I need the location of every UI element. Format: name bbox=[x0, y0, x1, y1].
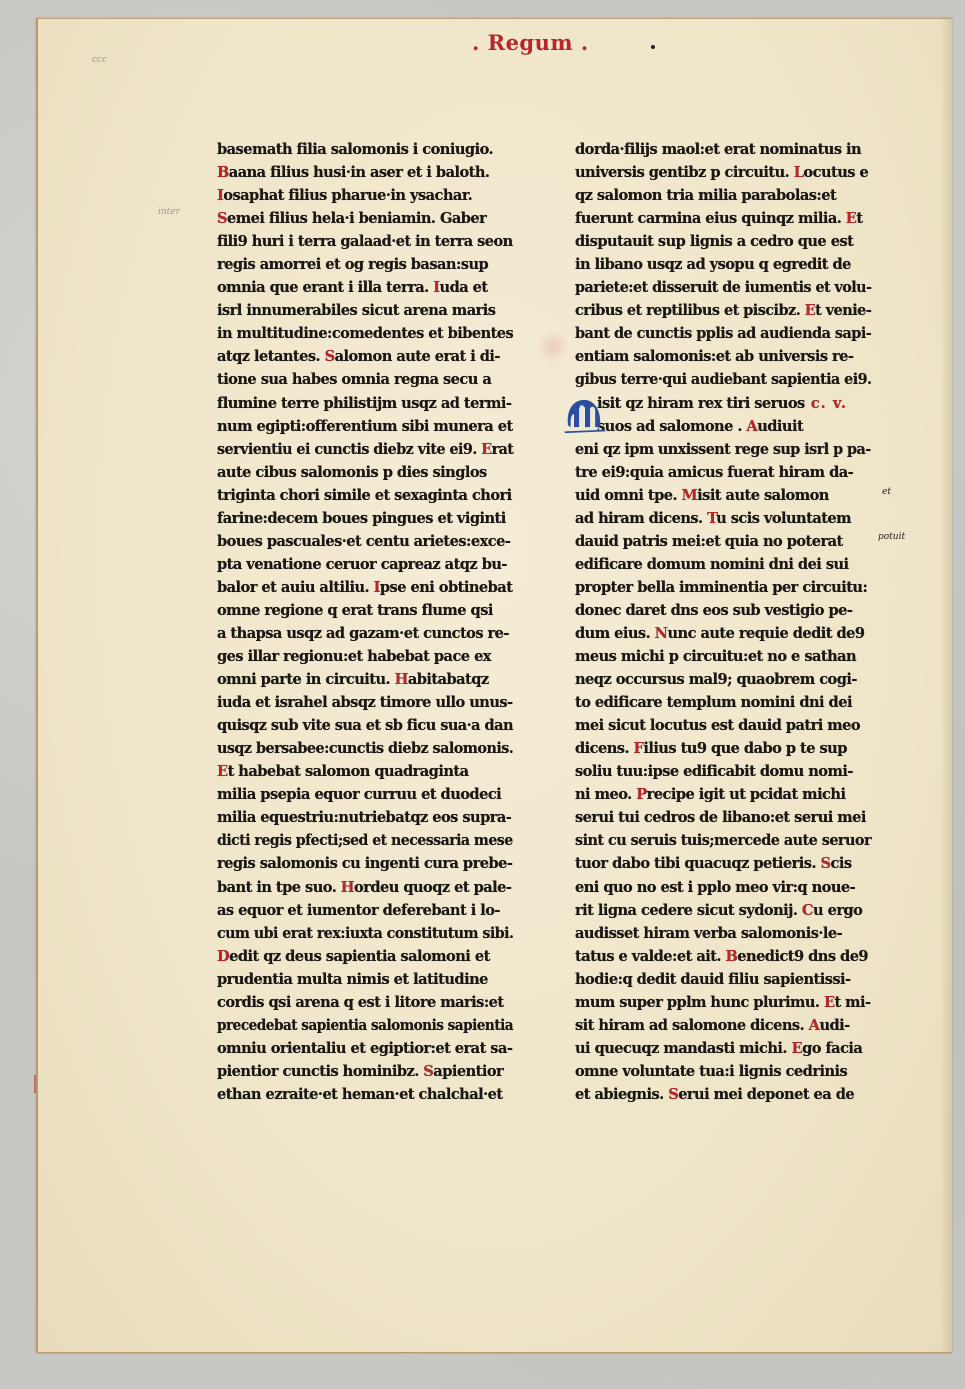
text-line: et abiegnis. Serui mei deponet ea de bbox=[575, 1083, 871, 1106]
text-line: rit ligna cedere sicut sydonij. Cu ergo bbox=[575, 899, 871, 922]
text-line: balor et auiu altiliu. Ipse eni obtineba… bbox=[217, 576, 513, 599]
text-line: tuor dabo tibi quacuqz petieris. Scis bbox=[575, 852, 871, 875]
line-text: isit qz hiram rex tiri seruos bbox=[597, 395, 805, 412]
line-text-pre: omni parte in circuitu. bbox=[217, 671, 395, 688]
line-text-pre: fuerunt carmina eius quinqz milia. bbox=[575, 210, 846, 227]
line-text: apientior bbox=[433, 1063, 503, 1080]
text-line: servientiu ei cunctis diebz vite ei9. Er… bbox=[217, 438, 507, 461]
text-line: basemath filia salomonis i coniugio. bbox=[217, 138, 513, 161]
text-line: omni parte in circuitu. Habitabatqz bbox=[217, 668, 513, 691]
line-text: cum ubi erat rex:iuxta constitutum sibi. bbox=[217, 925, 513, 942]
line-text-pre: dicens. bbox=[575, 740, 634, 757]
line-text: bant de cunctis pplis ad audienda sapi- bbox=[575, 325, 871, 342]
margin-note-left: inter bbox=[158, 207, 180, 217]
line-text: as equor et iumentor deferebant i lo- bbox=[217, 902, 500, 919]
text-line: in libano usqz ad ysopu q egredit de bbox=[575, 253, 871, 276]
line-text: in multitudine:comedentes et bibentes bbox=[217, 325, 513, 342]
line-text: enedict9 dns de9 bbox=[737, 948, 868, 965]
text-line: cum ubi erat rex:iuxta constitutum sibi. bbox=[217, 922, 505, 945]
line-text: go facia bbox=[802, 1040, 862, 1057]
text-line: num egipti:offerentium sibi munera et bbox=[217, 415, 513, 438]
line-text: qz salomon tria milia parabolas:et bbox=[575, 187, 836, 204]
line-text-pre: pientior cunctis hominibz. bbox=[217, 1063, 423, 1080]
text-line: entiam salomonis:et ab universis re- bbox=[575, 345, 871, 368]
text-line: farine:decem boues pingues et viginti bbox=[217, 507, 513, 530]
text-line: ui quecuqz mandasti michi. Ego facia bbox=[575, 1037, 871, 1060]
text-line: pariete:et disseruit de iumentis et volu… bbox=[575, 276, 865, 299]
text-line: propter bella imminentia per circuitu: bbox=[575, 576, 871, 599]
line-text: regis salomonis cu ingenti cura prebe- bbox=[217, 855, 512, 872]
line-text: dorda·filijs maol:et erat nominatus in bbox=[575, 141, 861, 158]
line-text: aana filius husi·in aser et i baloth. bbox=[229, 164, 490, 181]
rubricated-capital: E bbox=[217, 763, 228, 780]
text-line: Iosaphat filius pharue·in ysachar. bbox=[217, 184, 513, 207]
line-text: tre ei9:quia amicus fuerat hiram da- bbox=[575, 464, 853, 481]
line-text: aute cibus salomonis p dies singlos bbox=[217, 464, 487, 481]
line-text: neqz occursus mal9; quaobrem cogi- bbox=[575, 671, 857, 688]
line-text: isit aute salomon bbox=[697, 487, 829, 504]
text-line: edificare domum nomini dni dei sui bbox=[575, 553, 871, 576]
text-line: mei sicut locutus est dauid patri meo bbox=[575, 714, 871, 737]
line-text: sint cu seruis tuis;mercede aute seruor bbox=[575, 832, 871, 849]
line-text: audisset hiram verba salomonis·le- bbox=[575, 925, 842, 942]
line-text-pre: atqz letantes. bbox=[217, 348, 325, 365]
line-text: donec daret dns eos sub vestigio pe- bbox=[575, 602, 852, 619]
text-line: omniu orientaliu et egiptior:et erat sa- bbox=[217, 1037, 513, 1060]
text-line: milia psepia equor curruu et duodeci bbox=[217, 783, 513, 806]
line-text-pre: ad hiram dicens. bbox=[575, 510, 707, 527]
line-text: regis amorrei et og regis basan:sup bbox=[217, 256, 488, 273]
text-line: donec daret dns eos sub vestigio pe- bbox=[575, 599, 871, 622]
line-text: milia equestriu:nutriebatqz eos supra- bbox=[217, 809, 511, 826]
line-text: edificare domum nomini dni dei sui bbox=[575, 556, 849, 573]
rubricated-capital: S bbox=[423, 1063, 433, 1080]
line-text: t bbox=[856, 210, 862, 227]
rubricated-capital: F bbox=[634, 740, 644, 757]
text-line: meus michi p circuitu:et no e sathan bbox=[575, 645, 871, 668]
text-line: precedebat sapientia salomonis sapientia bbox=[217, 1014, 493, 1037]
text-line: suos ad salomone . Audiuit bbox=[575, 415, 871, 438]
line-text: isrl innumerabiles sicut arena maris bbox=[217, 302, 495, 319]
text-line: dicens. Filius tu9 que dabo p te sup bbox=[575, 737, 871, 760]
line-text: triginta chori simile et sexaginta chori bbox=[217, 487, 512, 504]
line-text-pre: balor et auiu altiliu. bbox=[217, 579, 374, 596]
line-text: tione sua habes omnia regna secu a bbox=[217, 371, 491, 388]
text-line: prudentia multa nimis et latitudine bbox=[217, 968, 513, 991]
margin-note-right-2: potuit bbox=[878, 532, 905, 542]
line-text-pre: bant in tpe suo. bbox=[217, 879, 341, 896]
rubricated-capital: E bbox=[805, 302, 815, 319]
page-edge-shadow bbox=[940, 19, 952, 1352]
line-text: udiuit bbox=[757, 418, 803, 435]
text-line: isit qz hiram rex tiri seruos c. v. bbox=[575, 392, 871, 415]
text-line: dorda·filijs maol:et erat nominatus in bbox=[575, 138, 871, 161]
line-text-pre: uid omni tpe. bbox=[575, 487, 682, 504]
text-line: serui tui cedros de libano:et serui mei bbox=[575, 806, 871, 829]
text-line: sint cu seruis tuis;mercede aute seruor bbox=[575, 829, 867, 852]
line-text: abitabatqz bbox=[408, 671, 489, 688]
text-line: mum super pplm hunc plurimu. Et mi- bbox=[575, 991, 870, 1014]
rubricated-capital: B bbox=[217, 164, 229, 181]
rubricated-capital: A bbox=[809, 1017, 820, 1034]
line-text: alomon aute erat i di- bbox=[335, 348, 500, 365]
line-text: omne regione q erat trans flume qsi bbox=[217, 602, 493, 619]
line-text: dauid patris mei:et quia no poterat bbox=[575, 533, 843, 550]
text-line: universis gentibz p circuitu. Locutus e bbox=[575, 161, 871, 184]
line-text: erui mei deponet ea de bbox=[678, 1086, 854, 1103]
rubricated-capital: E bbox=[846, 210, 857, 227]
text-line: cordis qsi arena q est i litore maris:et bbox=[217, 991, 513, 1014]
line-text: ocutus e bbox=[803, 164, 868, 181]
line-text: uda et bbox=[440, 279, 488, 296]
rubricated-capital: N bbox=[655, 625, 668, 642]
rubricated-capital: C bbox=[802, 902, 813, 919]
rubricated-capital: H bbox=[341, 879, 354, 896]
text-line: usqz bersabee:cunctis diebz salomonis. bbox=[217, 737, 508, 760]
line-text: meus michi p circuitu:et no e sathan bbox=[575, 648, 856, 665]
line-text: cordis qsi arena q est i litore maris:et bbox=[217, 994, 504, 1011]
text-line: neqz occursus mal9; quaobrem cogi- bbox=[575, 668, 871, 691]
line-text: fili9 huri i terra galaad·et in terra se… bbox=[217, 233, 513, 250]
rubricated-capital: E bbox=[824, 994, 835, 1011]
line-text: to edificare templum nomini dni dei bbox=[575, 694, 852, 711]
line-text: quisqz sub vite sua et sb ficu sua·a dan bbox=[217, 717, 513, 734]
text-line: omne voluntate tua:i lignis cedrinis bbox=[575, 1060, 871, 1083]
text-line: atqz letantes. Salomon aute erat i di- bbox=[217, 345, 513, 368]
chapter-marker: c. v. bbox=[805, 395, 847, 412]
line-text: emei filius hela·i beniamin. Gaber bbox=[227, 210, 486, 227]
text-line: Et habebat salomon quadraginta bbox=[217, 760, 513, 783]
line-text: flumine terre philistijm usqz ad termi- bbox=[217, 395, 511, 412]
ink-dot bbox=[651, 45, 655, 49]
line-text-pre: universis gentibz p circuitu. bbox=[575, 164, 794, 181]
text-line: hodie:q dedit dauid filiu sapientissi- bbox=[575, 968, 871, 991]
rubricated-capital: L bbox=[794, 164, 804, 181]
line-text: precedebat sapientia salomonis sapientia bbox=[217, 1017, 513, 1034]
text-line: Dedit qz deus sapientia salomoni et bbox=[217, 945, 513, 968]
text-line: eni quo no est i pplo meo vir:q noue- bbox=[575, 876, 871, 899]
text-line: qz salomon tria milia parabolas:et bbox=[575, 184, 871, 207]
line-text: pse eni obtinebat bbox=[380, 579, 512, 596]
text-line: fuerunt carmina eius quinqz milia. Et bbox=[575, 207, 871, 230]
line-text: propter bella imminentia per circuitu: bbox=[575, 579, 867, 596]
text-line: gibus terre·qui audiebant sapientia ei9. bbox=[575, 368, 865, 391]
line-text: unc aute requie dedit de9 bbox=[667, 625, 864, 642]
text-line: eni qz ipm unxissent rege sup isrl p pa- bbox=[575, 438, 866, 461]
margin-note-right-1: et bbox=[882, 487, 891, 497]
line-text: udi- bbox=[819, 1017, 849, 1034]
line-text: ethan ezraite·et heman·et chalchal·et bbox=[217, 1086, 503, 1103]
text-line: dauid patris mei:et quia no poterat bbox=[575, 530, 871, 553]
line-text: eni qz ipm unxissent rege sup isrl p pa- bbox=[575, 441, 871, 458]
text-line: isrl innumerabiles sicut arena maris bbox=[217, 299, 513, 322]
rubricated-capital: P bbox=[636, 786, 646, 803]
text-line: boues pascuales·et centu arietes:exce- bbox=[217, 530, 513, 553]
line-text: dicti regis pfecti;sed et necessaria mes… bbox=[217, 832, 513, 849]
line-text: pariete:et disseruit de iumentis et volu… bbox=[575, 279, 871, 296]
line-text-pre: sit hiram ad salomone dicens. bbox=[575, 1017, 809, 1034]
line-text: gibus terre·qui audiebant sapientia ei9. bbox=[575, 371, 871, 388]
text-line: a thapsa usqz ad gazam·et cunctos re- bbox=[217, 622, 513, 645]
line-text: in libano usqz ad ysopu q egredit de bbox=[575, 256, 851, 273]
line-text: cis bbox=[831, 855, 852, 872]
rubricated-capital: M bbox=[682, 487, 698, 504]
text-line: ethan ezraite·et heman·et chalchal·et bbox=[217, 1083, 513, 1106]
line-text: u ergo bbox=[813, 902, 862, 919]
line-text: osaphat filius pharue·in ysachar. bbox=[223, 187, 472, 204]
text-line: flumine terre philistijm usqz ad termi- bbox=[217, 392, 513, 415]
line-text-pre: tatus e valde:et ait. bbox=[575, 948, 725, 965]
line-text: t mi- bbox=[834, 994, 870, 1011]
line-text: boues pascuales·et centu arietes:exce- bbox=[217, 533, 510, 550]
text-line: as equor et iumentor deferebant i lo- bbox=[217, 899, 513, 922]
text-line: fili9 huri i terra galaad·et in terra se… bbox=[217, 230, 512, 253]
line-text: ges illar regionu:et habebat pace ex bbox=[217, 648, 491, 665]
line-text: pta venatione ceruor capreaz atqz bu- bbox=[217, 556, 507, 573]
text-line: to edificare templum nomini dni dei bbox=[575, 691, 871, 714]
text-line: dicti regis pfecti;sed et necessaria mes… bbox=[217, 829, 503, 852]
line-text-pre: servientiu ei cunctis diebz vite ei9. bbox=[217, 441, 481, 458]
stain bbox=[538, 329, 568, 365]
line-text: rat bbox=[492, 441, 514, 458]
line-text-pre: ni meo. bbox=[575, 786, 636, 803]
line-text-pre: dum eius. bbox=[575, 625, 655, 642]
text-line: aute cibus salomonis p dies singlos bbox=[217, 461, 513, 484]
text-line: bant in tpe suo. Hordeu quoqz et pale- bbox=[217, 876, 513, 899]
line-text: t habebat salomon quadraginta bbox=[228, 763, 469, 780]
line-text: u scis voluntatem bbox=[716, 510, 851, 527]
line-text: soliu tuu:ipse edificabit domu nomi- bbox=[575, 763, 853, 780]
text-line: regis amorrei et og regis basan:sup bbox=[217, 253, 513, 276]
text-line: omne regione q erat trans flume qsi bbox=[217, 599, 513, 622]
text-line: dum eius. Nunc aute requie dedit de9 bbox=[575, 622, 871, 645]
line-text: hodie:q dedit dauid filiu sapientissi- bbox=[575, 971, 851, 988]
rubricated-capital: S bbox=[821, 855, 831, 872]
line-text-pre: ui quecuqz mandasti michi. bbox=[575, 1040, 792, 1057]
rubricated-capital: H bbox=[395, 671, 408, 688]
line-text: eni quo no est i pplo meo vir:q noue- bbox=[575, 879, 855, 896]
initial-m-icon bbox=[563, 392, 607, 442]
text-column-left: basemath filia salomonis i coniugio.Baan… bbox=[217, 138, 513, 1106]
line-text-pre: tuor dabo tibi quacuqz petieris. bbox=[575, 855, 821, 872]
text-line: triginta chori simile et sexaginta chori bbox=[217, 484, 513, 507]
rubricated-capital: S bbox=[668, 1086, 678, 1103]
text-line: pientior cunctis hominibz. Sapientior bbox=[217, 1060, 513, 1083]
line-text: farine:decem boues pingues et viginti bbox=[217, 510, 506, 527]
rubricated-capital: T bbox=[707, 510, 716, 527]
pencil-mark: ccc bbox=[92, 55, 107, 65]
text-line: iuda et israhel absqz timore ullo unus- bbox=[217, 691, 513, 714]
line-text: suos ad salomone . bbox=[597, 418, 746, 435]
line-text: basemath filia salomonis i coniugio. bbox=[217, 141, 493, 158]
text-line: tione sua habes omnia regna secu a bbox=[217, 368, 513, 391]
rubricated-capital: A bbox=[746, 418, 757, 435]
text-line: milia equestriu:nutriebatqz eos supra- bbox=[217, 806, 513, 829]
running-title: . Regum . bbox=[472, 30, 589, 55]
text-line: ad hiram dicens. Tu scis voluntatem bbox=[575, 507, 871, 530]
text-line: cribus et reptilibus et piscibz. Et veni… bbox=[575, 299, 868, 322]
line-text: omniu orientaliu et egiptior:et erat sa- bbox=[217, 1040, 512, 1057]
text-line: Baana filius husi·in aser et i baloth. bbox=[217, 161, 513, 184]
line-text: num egipti:offerentium sibi munera et bbox=[217, 418, 513, 435]
text-line: Semei filius hela·i beniamin. Gaber bbox=[217, 207, 513, 230]
text-line: audisset hiram verba salomonis·le- bbox=[575, 922, 871, 945]
line-text: a thapsa usqz ad gazam·et cunctos re- bbox=[217, 625, 509, 642]
line-text: ilius tu9 que dabo p te sup bbox=[643, 740, 847, 757]
line-text-pre: omnia que erant i illa terra. bbox=[217, 279, 433, 296]
text-line: soliu tuu:ipse edificabit domu nomi- bbox=[575, 760, 871, 783]
line-text: recipe igit ut pcidat michi bbox=[647, 786, 846, 803]
line-text: serui tui cedros de libano:et serui mei bbox=[575, 809, 866, 826]
line-text: ordeu quoqz et pale- bbox=[354, 879, 511, 896]
line-text-pre: cribus et reptilibus et piscibz. bbox=[575, 302, 805, 319]
text-line: regis salomonis cu ingenti cura prebe- bbox=[217, 852, 513, 875]
text-line: pta venatione ceruor capreaz atqz bu- bbox=[217, 553, 513, 576]
rubricated-capital: D bbox=[217, 948, 229, 965]
line-text: usqz bersabee:cunctis diebz salomonis. bbox=[217, 740, 513, 757]
line-text: omne voluntate tua:i lignis cedrinis bbox=[575, 1063, 847, 1080]
text-line: in multitudine:comedentes et bibentes bbox=[217, 322, 512, 345]
line-text: iuda et israhel absqz timore ullo unus- bbox=[217, 694, 513, 711]
line-text: mei sicut locutus est dauid patri meo bbox=[575, 717, 860, 734]
text-line: tre ei9:quia amicus fuerat hiram da- bbox=[575, 461, 871, 484]
line-text-pre: rit ligna cedere sicut sydonij. bbox=[575, 902, 802, 919]
text-line: ges illar regionu:et habebat pace ex bbox=[217, 645, 513, 668]
line-text: disputauit sup lignis a cedro que est bbox=[575, 233, 853, 250]
rubricated-capital: B bbox=[725, 948, 737, 965]
text-line: ni meo. Precipe igit ut pcidat michi bbox=[575, 783, 871, 806]
line-text: edit qz deus sapientia salomoni et bbox=[229, 948, 490, 965]
text-line: quisqz sub vite sua et sb ficu sua·a dan bbox=[217, 714, 511, 737]
rubricated-capital: E bbox=[481, 441, 491, 458]
line-text-pre: et abiegnis. bbox=[575, 1086, 668, 1103]
line-text-pre: mum super pplm hunc plurimu. bbox=[575, 994, 824, 1011]
line-text: prudentia multa nimis et latitudine bbox=[217, 971, 488, 988]
text-line: bant de cunctis pplis ad audienda sapi- bbox=[575, 322, 868, 345]
text-line: tatus e valde:et ait. Benedict9 dns de9 bbox=[575, 945, 871, 968]
text-line: sit hiram ad salomone dicens. Audi- bbox=[575, 1014, 871, 1037]
line-text: milia psepia equor curruu et duodeci bbox=[217, 786, 501, 803]
rubricated-capital: E bbox=[792, 1040, 803, 1057]
text-line: disputauit sup lignis a cedro que est bbox=[575, 230, 871, 253]
text-line: omnia que erant i illa terra. Iuda et bbox=[217, 276, 513, 299]
text-line: uid omni tpe. Misit aute salomon bbox=[575, 484, 871, 507]
rubricated-capital: S bbox=[325, 348, 335, 365]
line-text: entiam salomonis:et ab universis re- bbox=[575, 348, 853, 365]
rubricated-capital: S bbox=[217, 210, 227, 227]
line-text: t venie- bbox=[815, 302, 871, 319]
text-column-right: dorda·filijs maol:et erat nominatus inun… bbox=[575, 138, 871, 1106]
red-edge-mark bbox=[34, 1075, 36, 1093]
